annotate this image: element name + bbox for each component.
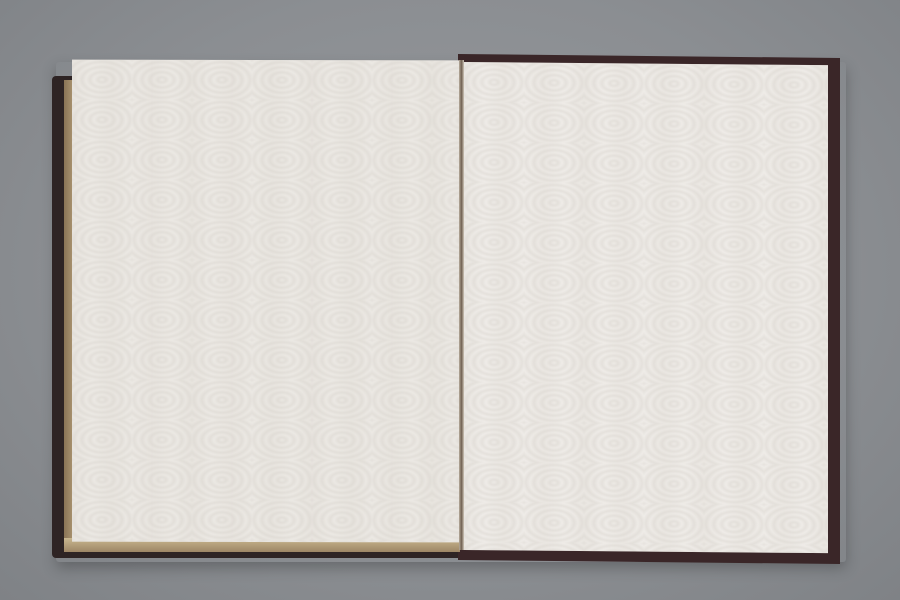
left-endpaper bbox=[72, 60, 460, 543]
book-gutter bbox=[459, 60, 464, 550]
right-endpaper bbox=[464, 62, 828, 553]
